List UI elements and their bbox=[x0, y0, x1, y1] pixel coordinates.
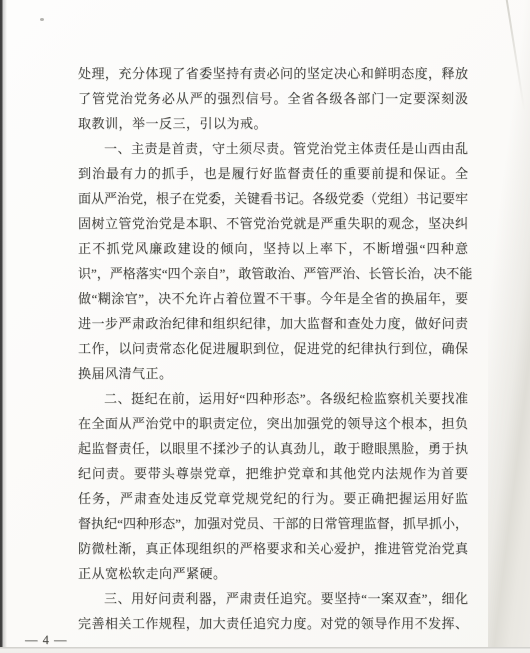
page-right-edge-shadow bbox=[488, 0, 530, 653]
text-block: 处理，充分体现了省委坚持有责必问的坚定决心和鲜明态度，释放 了管党治党务必从严的… bbox=[78, 61, 468, 636]
text-line: 取教训，举一反三，引以为戒。 bbox=[78, 111, 468, 136]
text-line: 任务，严肃查处违反党章党规党纪的行为。要正确把握运用好监 bbox=[78, 486, 468, 511]
text-line: 了管党治党务必从严的强烈信号。全省各级各部门一定要深刻汲 bbox=[78, 86, 468, 111]
page-number: — 4 — bbox=[25, 633, 68, 648]
text-line: 完善相关工作规程，加大责任追究力度。对党的领导作用不发挥、 bbox=[78, 611, 468, 636]
scan-bottom-edge bbox=[0, 647, 530, 653]
text-line: 督执纪“四种形态”，加强对党员、干部的日常管理监督，抓早抓小， bbox=[78, 511, 468, 536]
text-line-section-2-heading: 二、挺纪在前，运用好“四种形态”。各级纪检监察机关要找准 bbox=[78, 386, 468, 411]
text-line: 起监督责任，以眼里不揉沙子的认真劲儿，敢于瞪眼黑脸，勇于执 bbox=[78, 436, 468, 461]
text-line-section-1-heading: 一、主责是首责，守土须尽责。管党治党主体责任是山西由乱 bbox=[78, 136, 468, 161]
text-line: 正不抓党风廉政建设的倾向，坚持以上率下，不断增强“四种意 bbox=[78, 236, 468, 261]
text-line: 识”，严格落实“四个亲自”，敢管敢治、严管严治、长管长治，决不能 bbox=[78, 261, 468, 286]
text-line: 在全面从严治党中的职责定位，突出加强党的领导这个根本，担负 bbox=[78, 411, 468, 436]
text-line: 面从严治党，根子在党委，关键看书记。各级党委（党组）书记要牢 bbox=[78, 186, 468, 211]
scanned-page: 处理，充分体现了省委坚持有责必问的坚定决心和鲜明态度，释放 了管党治党务必从严的… bbox=[0, 0, 530, 653]
text-line: 正从宽松软走向严紧硬。 bbox=[78, 561, 468, 586]
text-line: 工作，以问责常态化促进履职到位，促进党的纪律执行到位，确保 bbox=[78, 336, 468, 361]
text-line: 纪问责。要带头尊崇党章，把维护党章和其他党内法规作为首要 bbox=[78, 461, 468, 486]
text-line: 防微杜渐，真正体现组织的严格要求和关心爱护，推进管党治党真 bbox=[78, 536, 468, 561]
scanner-left-edge bbox=[0, 0, 8, 653]
text-line: 到治最有力的抓手，也是履行好监督责任的重要前提和保证。全 bbox=[78, 161, 468, 186]
text-line-section-3-heading: 三、用好问责利器，严肃责任追究。要坚持“一案双查”，细化 bbox=[78, 586, 468, 611]
text-line: 进一步严肃政治纪律和组织纪律，加大监督和查处力度，做好问责 bbox=[78, 311, 468, 336]
text-line: 做“糊涂官”，决不允许占着位置不干事。今年是全省的换届年，要 bbox=[78, 286, 468, 311]
text-line: 固树立管党治党是本职、不管党治党就是严重失职的观念，坚决纠 bbox=[78, 211, 468, 236]
text-line: 换届风清气正。 bbox=[78, 361, 468, 386]
text-line: 处理，充分体现了省委坚持有责必问的坚定决心和鲜明态度，释放 bbox=[78, 61, 468, 86]
page-corner-crease bbox=[505, 0, 526, 111]
paper-speck bbox=[40, 18, 44, 21]
